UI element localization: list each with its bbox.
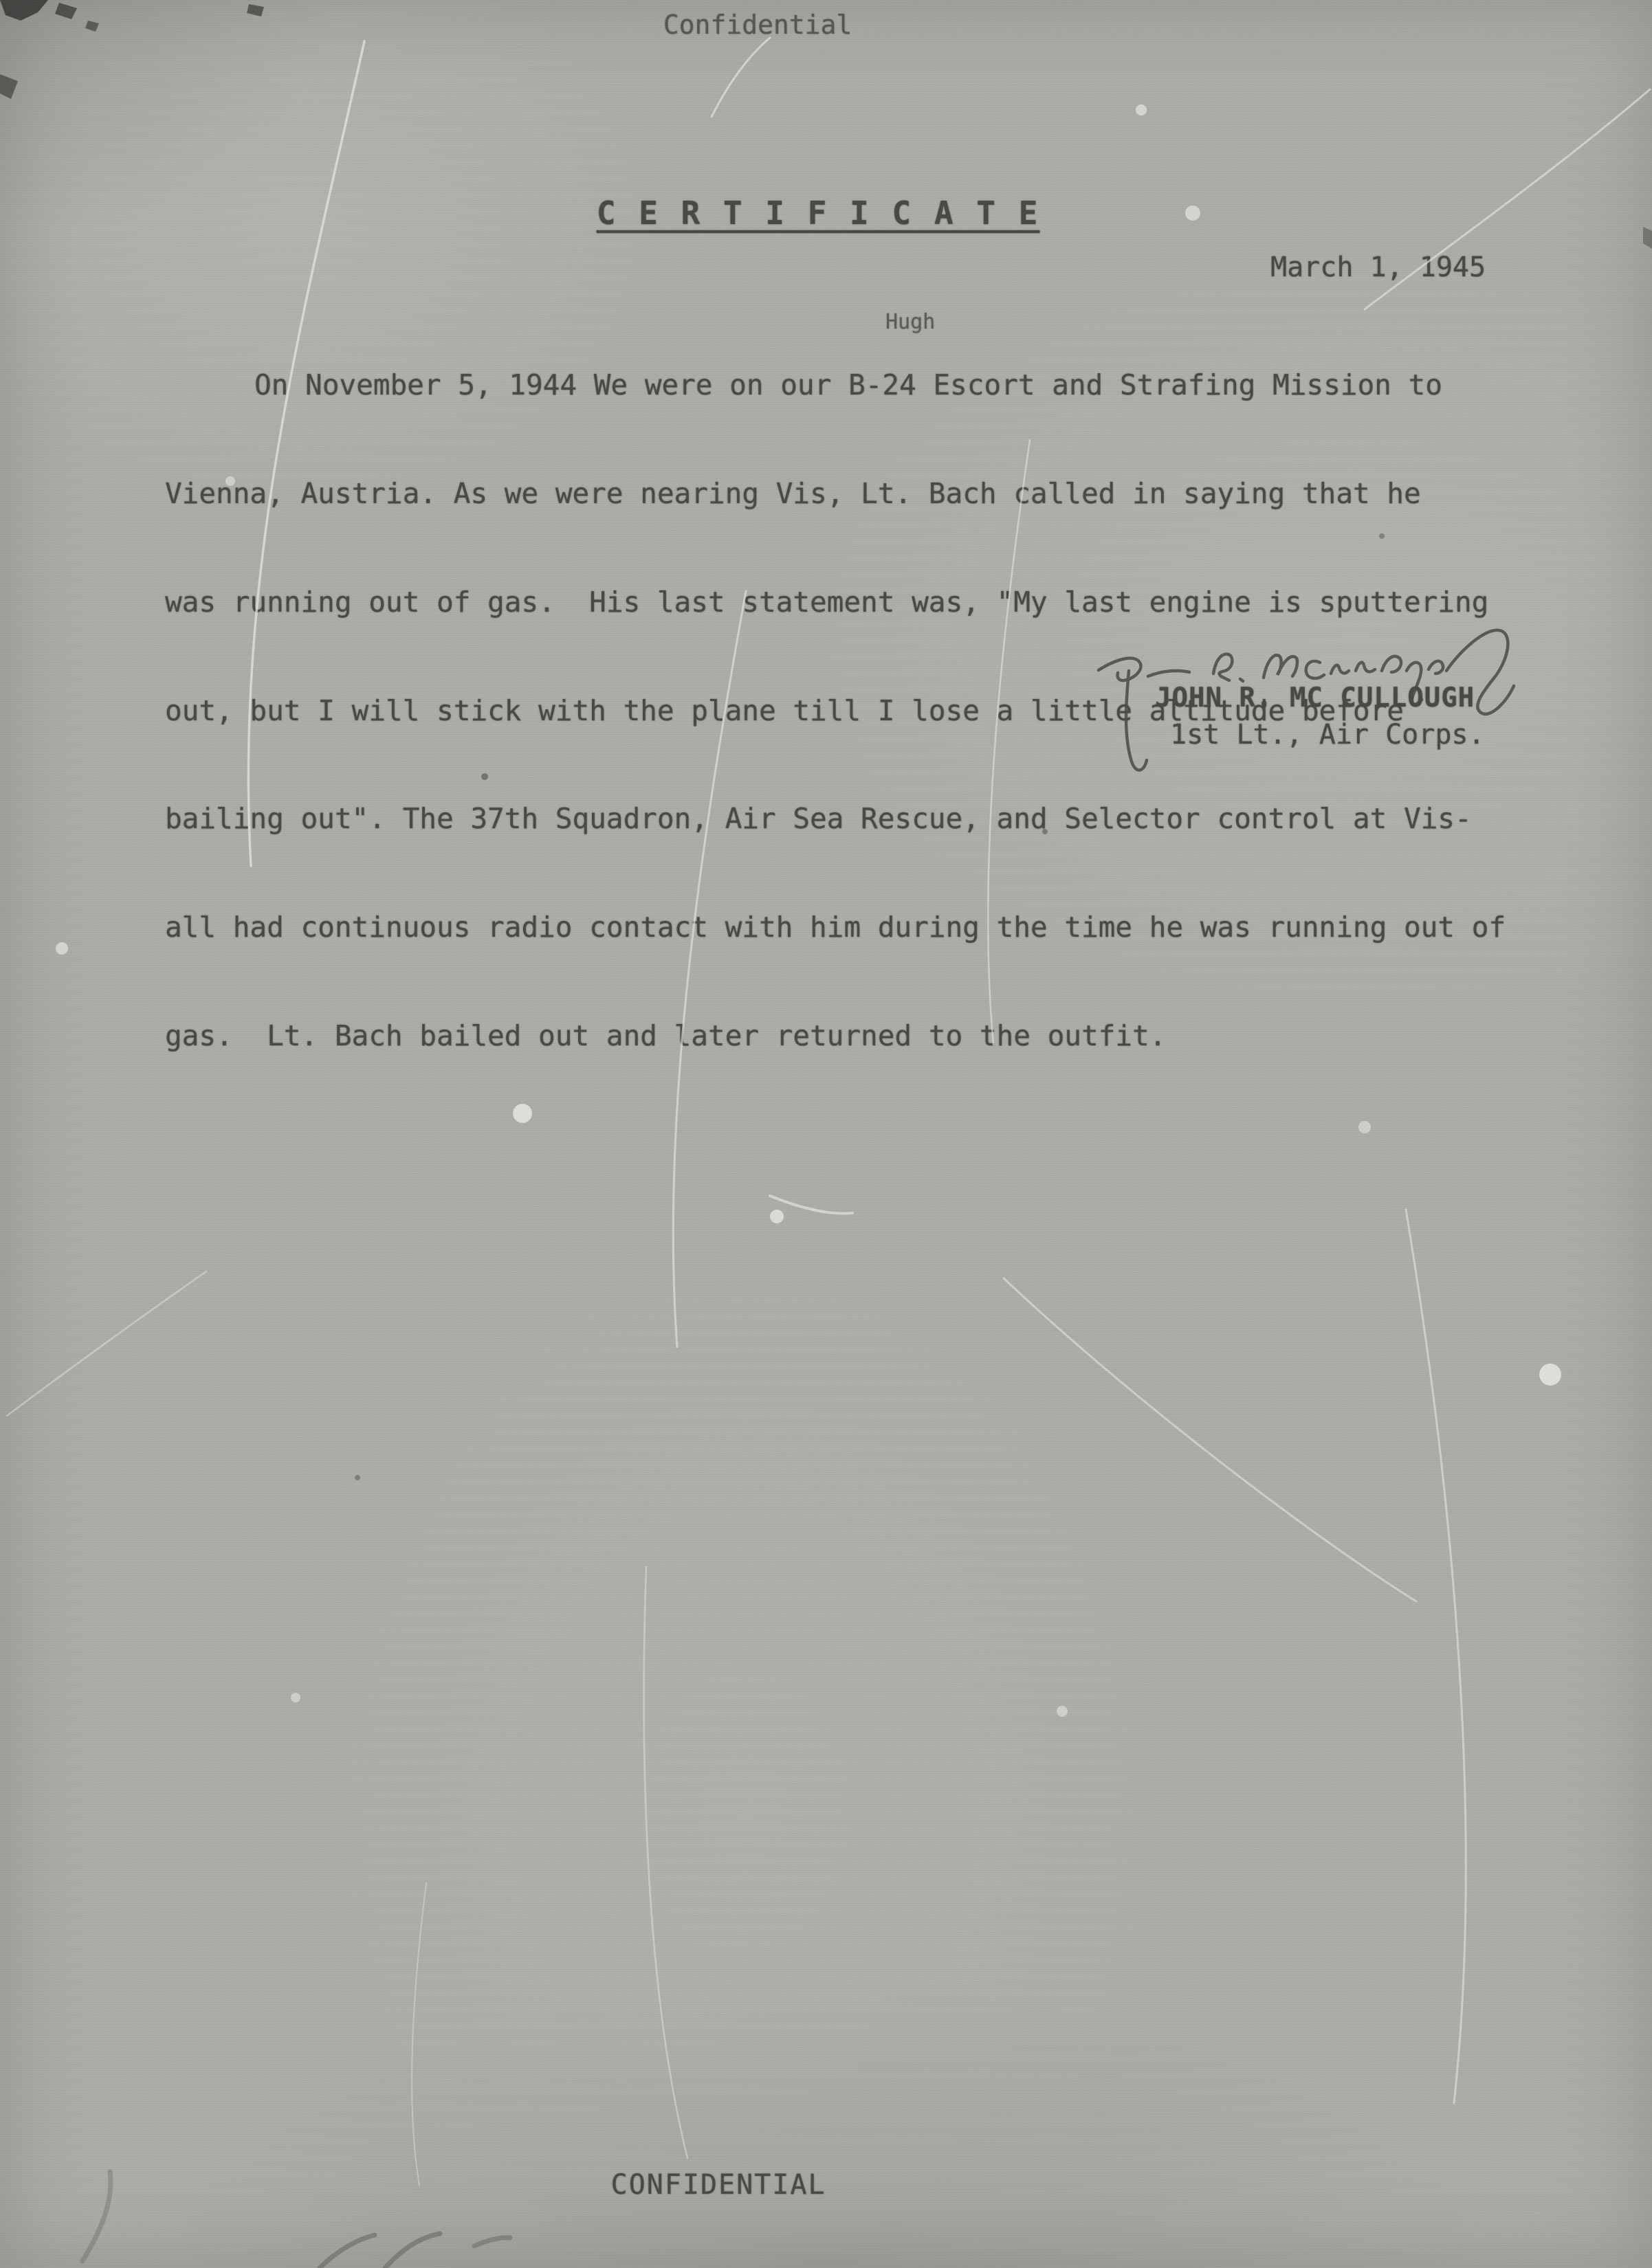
pencil-marks	[82, 2172, 510, 2268]
body-line: Vienna, Austria. As we were nearing Vis,…	[165, 476, 1506, 512]
signature-typed-rank: 1st Lt., Air Corps.	[1170, 719, 1485, 751]
body-line: gas. Lt. Bach bailed out and later retur…	[165, 1018, 1506, 1054]
body-line: bailing out". The 37th Squadron, Air Sea…	[165, 801, 1506, 837]
signature-typed-name: JOHN R. MC CULLOUGH	[1155, 682, 1475, 713]
classification-footer: CONFIDENTIAL	[611, 2169, 826, 2201]
document-date: March 1, 1945	[1270, 252, 1486, 283]
classification-header: Confidential	[663, 10, 852, 40]
body-line: all had continuous radio contact with hi…	[165, 909, 1506, 946]
body-line: On November 5, 1944 We were on our B-24 …	[165, 367, 1506, 403]
interlinear-insertion: Hugh	[885, 310, 935, 334]
page-title: C E R T I F I C A T E	[597, 194, 1040, 232]
body-line: was running out of gas. His last stateme…	[165, 584, 1506, 621]
scanned-certificate-page: Confidential C E R T I F I C A T E March…	[0, 0, 1652, 2268]
